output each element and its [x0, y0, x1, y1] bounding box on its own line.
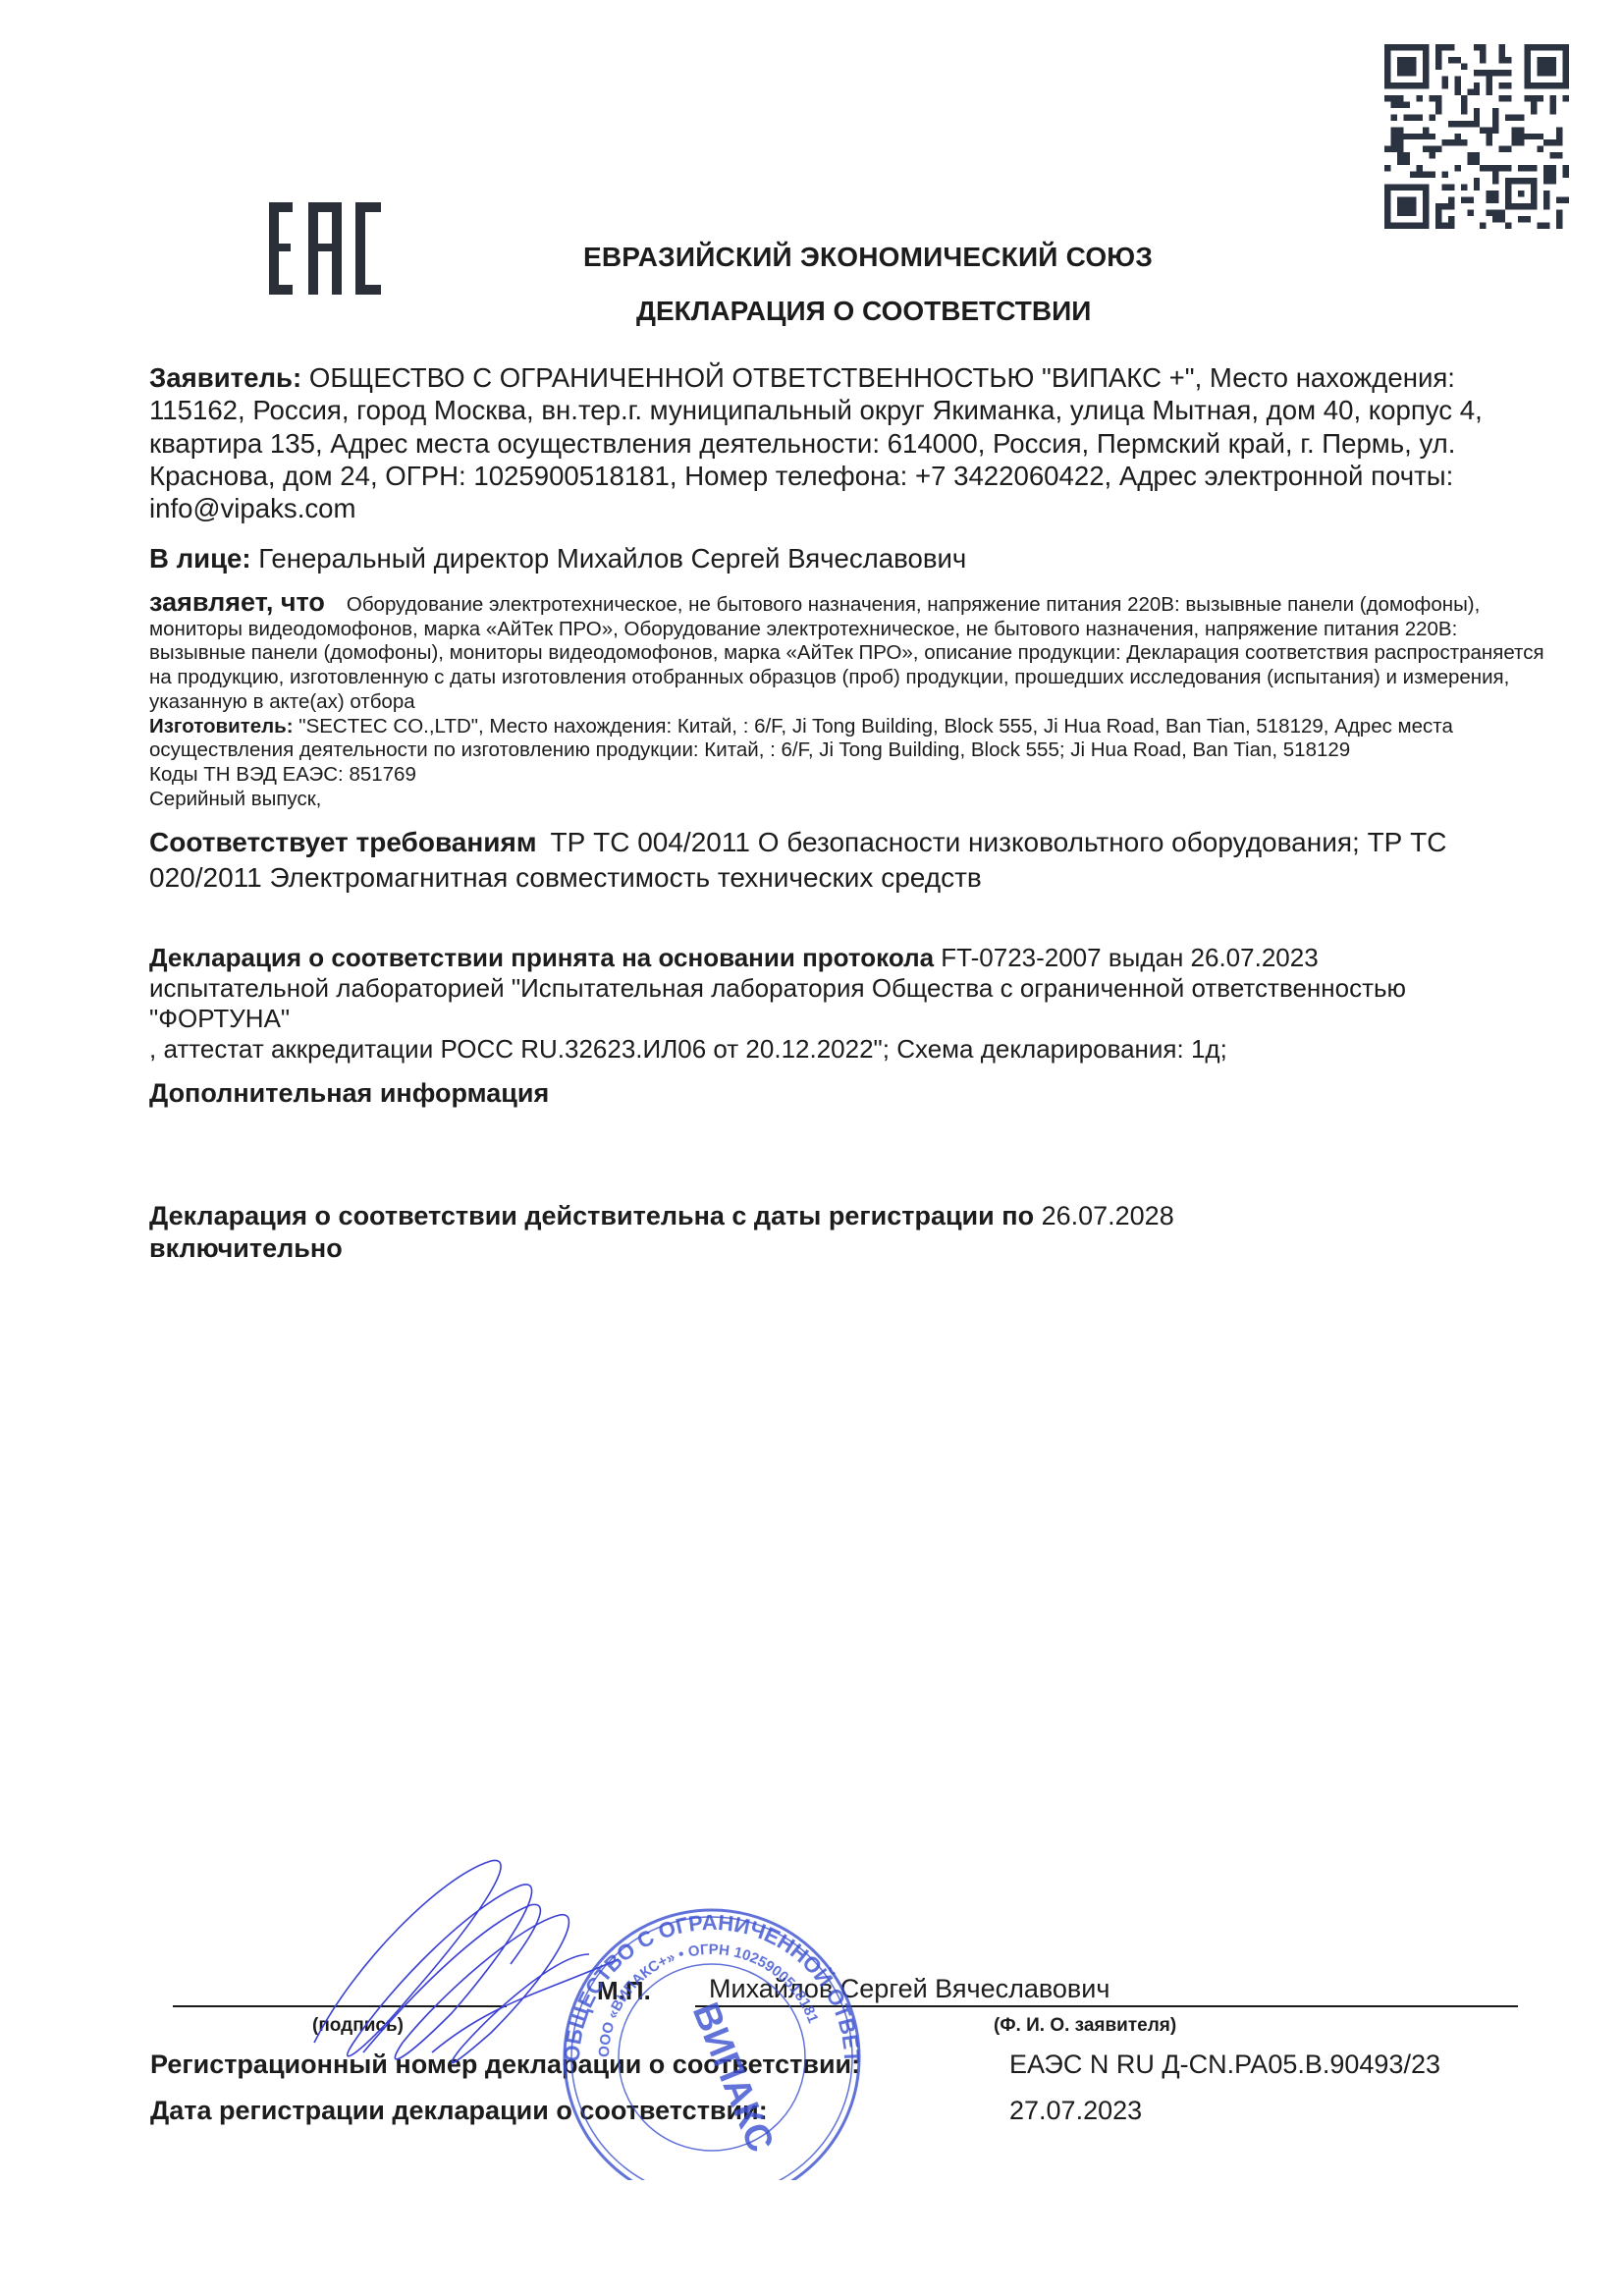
declares-label: заявляет, что — [149, 587, 325, 617]
representative-text: Генеральный директор Михайлов Сергей Вяч… — [258, 543, 966, 574]
protocol-number: FT-0723-2007 выдан 26.07.2023 — [941, 943, 1318, 972]
name-caption: (Ф. И. О. заявителя) — [994, 2015, 1176, 2037]
hs-codes: Коды ТН ВЭД ЕАЭС: 851769 — [149, 763, 1553, 788]
declares-text: Оборудование электротехническое, не быто… — [149, 593, 1544, 713]
manufacturer-text: "SECTEC CO.,LTD", Место нахождения: Кита… — [149, 715, 1453, 762]
protocol-label: Декларация о соответствии принята на осн… — [149, 943, 934, 972]
signature-line — [173, 2005, 507, 2007]
validity-label: Декларация о соответствии действительна … — [149, 1201, 1034, 1230]
protocol-section: Декларация о соответствии принята на осн… — [149, 943, 1553, 1065]
company-stamp: ОБЩЕСТВО С ОГРАНИЧЕННОЙ ОТВЕТСТВЕННОСТЬЮ… — [550, 1886, 874, 2180]
eac-logo — [267, 200, 383, 297]
manufacturer-block: Изготовитель: "SECTEC CO.,LTD", Место на… — [149, 715, 1553, 763]
representative-section: В лице: Генеральный директор Михайлов Се… — [149, 542, 1553, 574]
conforms-label: Соответствует требованиям — [149, 827, 537, 857]
validity-section: Декларация о соответствии действительна … — [149, 1200, 1553, 1265]
conforms-section: Соответствует требованиямТР ТС 004/2011 … — [149, 825, 1553, 896]
handwritten-signature — [295, 1846, 628, 2082]
applicant-text: ОБЩЕСТВО С ОГРАНИЧЕННОЙ ОТВЕТСТВЕННОСТЬЮ… — [149, 362, 1483, 523]
applicant-label: Заявитель: — [149, 362, 301, 393]
representative-label: В лице: — [149, 543, 251, 574]
seal-label: М.П. — [597, 1976, 651, 2006]
protocol-accreditation: , аттестат аккредитации РОСС RU.32623.ИЛ… — [149, 1034, 1553, 1065]
declares-section: заявляет, чтоОборудование электротехниче… — [149, 590, 1553, 811]
protocol-lab: испытательной лабораторией "Испытательна… — [149, 973, 1524, 1034]
name-line — [695, 2005, 1518, 2007]
registration-date-label: Дата регистрации декларации о соответств… — [150, 2096, 768, 2126]
applicant-name: Михайлов Сергей Вячеславович — [709, 1974, 1109, 2004]
registration-date-value: 27.07.2023 — [1009, 2096, 1142, 2126]
applicant-section: Заявитель: ОБЩЕСТВО С ОГРАНИЧЕННОЙ ОТВЕТ… — [149, 361, 1553, 524]
registration-number-value: ЕАЭС N RU Д-CN.РА05.В.90493/23 — [1009, 2050, 1440, 2080]
validity-date: 26.07.2028 — [1042, 1201, 1174, 1230]
qr-code[interactable] — [1384, 44, 1569, 229]
validity-suffix: включительно — [149, 1232, 1553, 1265]
production-type: Серийный выпуск, — [149, 788, 1553, 812]
manufacturer-label: Изготовитель: — [149, 715, 294, 738]
signature-caption: (подпись) — [312, 2015, 404, 2037]
registration-number-label: Регистрационный номер декларации о соотв… — [150, 2050, 860, 2080]
union-title: ЕВРАЗИЙСКИЙ ЭКОНОМИЧЕСКИЙ СОЮЗ — [583, 242, 1153, 273]
additional-info-label: Дополнительная информация — [149, 1078, 1553, 1109]
document-title: ДЕКЛАРАЦИЯ О СООТВЕТСТВИИ — [636, 296, 1091, 327]
